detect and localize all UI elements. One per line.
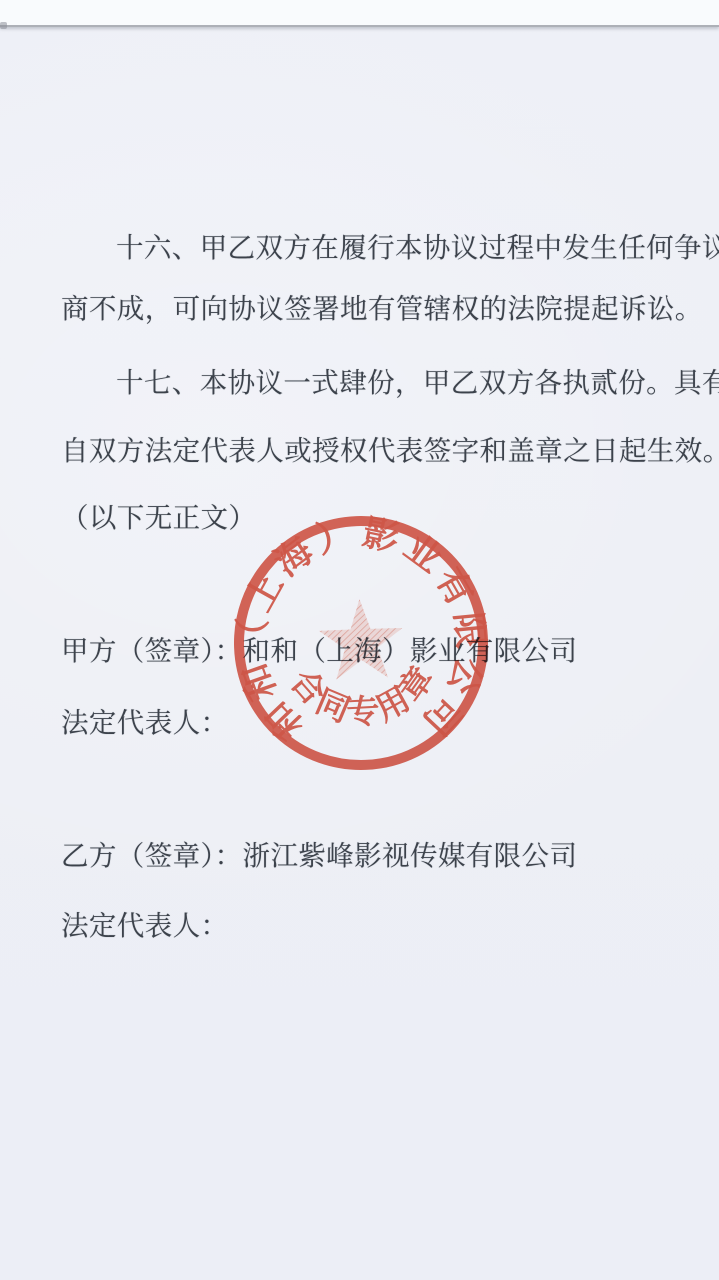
scan-artifact-mark: [0, 22, 7, 29]
clause-16-line-1: 十六、甲乙双方在履行本协议过程中发生任何争议: [61, 231, 719, 265]
clause-17-line-1: 十七、本协议一式肆份，甲乙双方各执贰份。具有: [61, 366, 719, 400]
scanned-contract-page: { "page": { "type_label": "scanned contr…: [0, 0, 719, 1280]
clause-17-line-2: 自双方法定代表人或授权代表签字和盖章之日起生效。: [61, 434, 719, 468]
seal-star-hatch: [318, 598, 404, 680]
clause-16-line-2: 商不成，可向协议签署地有管辖权的法院提起诉讼。: [61, 292, 703, 326]
party-b-signature-line: 乙方（签章）：浙江紫峰影视传媒有限公司: [61, 839, 577, 873]
scanner-edge-strip: [0, 0, 719, 27]
party-a-legal-rep-line: 法定代表人：: [61, 706, 228, 740]
party-b-legal-rep-line: 法定代表人：: [61, 909, 228, 943]
contract-paper: 十六、甲乙双方在履行本协议过程中发生任何争议 商不成，可向协议签署地有管辖权的法…: [0, 0, 719, 1280]
company-seal-stamp: 和和（上海）影业有限公司 合同专用章: [226, 508, 497, 779]
